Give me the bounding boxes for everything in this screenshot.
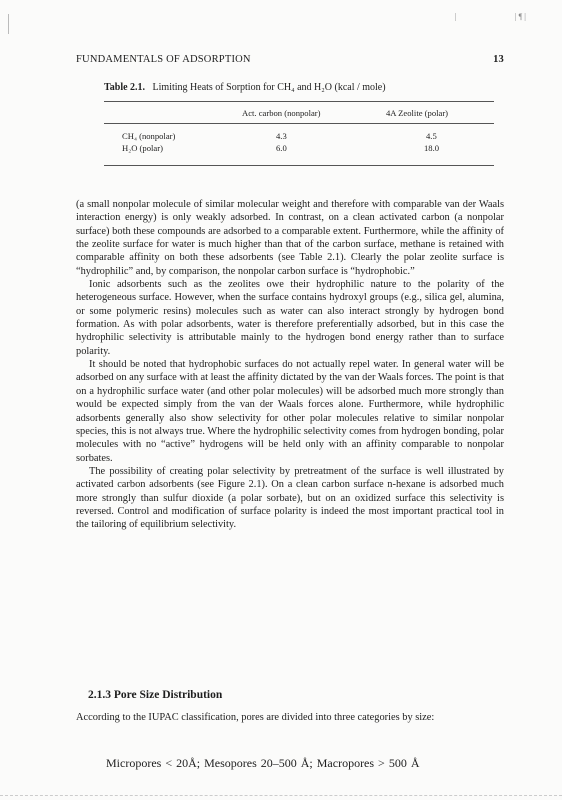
table-caption: Table 2.1. Limiting Heats of Sorption fo… — [104, 82, 386, 93]
table-header-rule — [104, 123, 494, 124]
paragraph: The possibility of creating polar select… — [76, 465, 504, 532]
table-bottom-rule — [104, 165, 494, 166]
document-page: | | ¶ | FUNDAMENTALS OF ADSORPTION 13 Ta… — [0, 0, 562, 800]
paragraph: (a small nonpolar molecule of similar mo… — [76, 198, 504, 278]
body-text: (a small nonpolar molecule of similar mo… — [76, 198, 504, 532]
scan-bottom-edge — [0, 795, 562, 796]
table-caption-text: Limiting Heats of Sorption for CH₄ and H… — [153, 82, 386, 93]
table-row-label: CH₄ (nonpolar) — [122, 131, 175, 141]
table-cell: 4.3 — [276, 131, 287, 141]
table-row-label: H₂O (polar) — [122, 143, 163, 153]
running-head-title: FUNDAMENTALS OF ADSORPTION — [76, 54, 251, 65]
scan-mark: | — [455, 12, 457, 21]
paragraph: It should be noted that hydrophobic surf… — [76, 358, 504, 465]
table-top-rule — [104, 101, 494, 102]
table-cell: 4.5 — [426, 131, 437, 141]
pore-size-classes: Micropores < 20Å; Mesopores 20–500 Å; Ma… — [106, 756, 420, 771]
section-intro: According to the IUPAC classification, p… — [76, 711, 504, 724]
table-cell: 6.0 — [276, 143, 287, 153]
scan-edge-mark — [8, 14, 9, 34]
section-heading: 2.1.3 Pore Size Distribution — [88, 689, 222, 701]
table-cell: 18.0 — [424, 143, 439, 153]
table-column-header: 4A Zeolite (polar) — [386, 108, 448, 118]
scan-mark: | ¶ | — [515, 12, 526, 21]
page-number: 13 — [493, 54, 504, 65]
table-column-header: Act. carbon (nonpolar) — [242, 108, 321, 118]
paragraph: Ionic adsorbents such as the zeolites ow… — [76, 278, 504, 358]
table-caption-label: Table 2.1. — [104, 82, 145, 93]
